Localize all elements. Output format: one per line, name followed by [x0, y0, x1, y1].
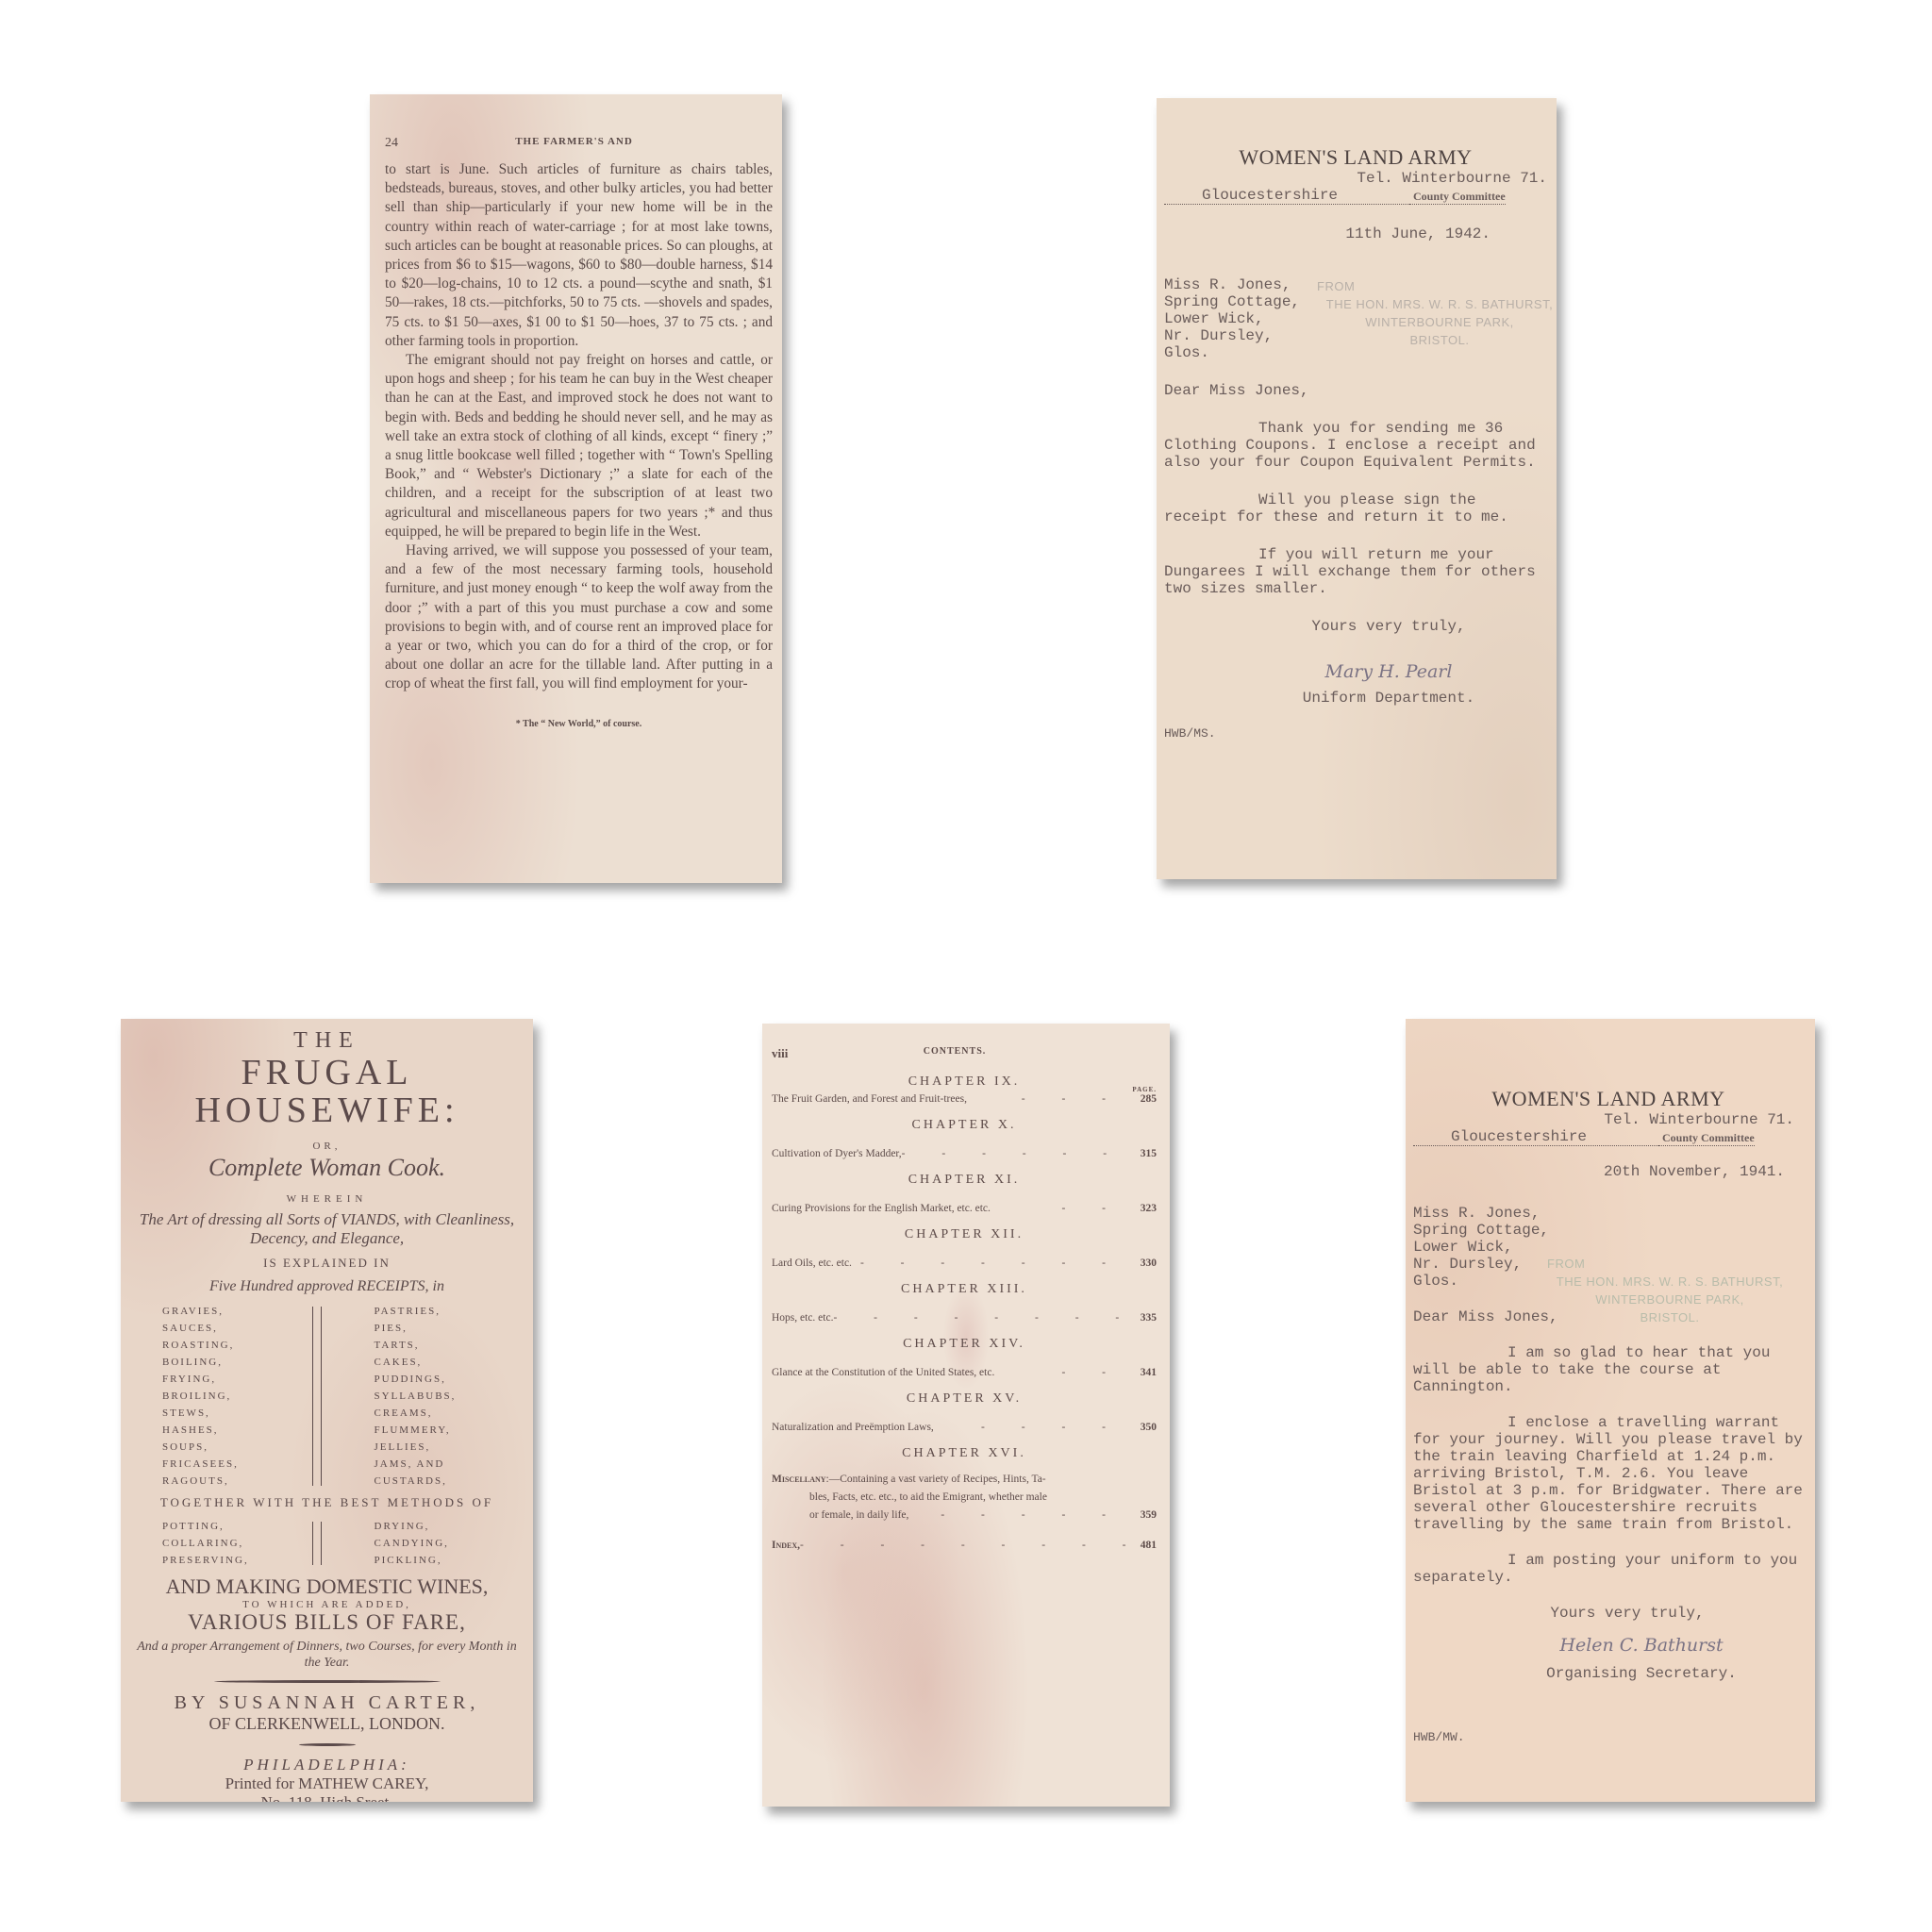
leader-dots: - - — [994, 1367, 1128, 1378]
frugal-housewife-title-page: THE FRUGAL HOUSEWIFE: OR, Complete Woman… — [121, 1019, 533, 1802]
method-item: POTTING, — [162, 1518, 293, 1535]
contents-entry: Lard Oils, etc. etc.- - - - - - -330 — [772, 1257, 1157, 1269]
paragraph: I am posting your uniform to you separat… — [1413, 1552, 1804, 1586]
chapter-list: CHAPTER IX.PAGE.The Fruit Garden, and Fo… — [772, 1074, 1157, 1433]
recipe-item: BOILING, — [162, 1354, 293, 1371]
leader-dots: - - - - - - - — [852, 1257, 1128, 1269]
page-number: 24 — [385, 136, 413, 151]
recipe-item: BROILING, — [162, 1388, 293, 1405]
signatory-title: Uniform Department. — [1164, 690, 1547, 707]
double-rule — [312, 1522, 322, 1565]
title-or: OR, — [121, 1141, 533, 1152]
letterhead-title: WOMEN'S LAND ARMY — [1164, 145, 1547, 170]
bills-of-fare: VARIOUS BILLS OF FARE, — [121, 1610, 533, 1635]
paragraph: Thank you for sending me 36 Clothing Cou… — [1164, 420, 1547, 471]
sender-stamp: FROM THE HON. MRS. W. R. S. BATHURST, WI… — [1317, 277, 1557, 349]
recipe-item: HASHES, — [162, 1422, 293, 1439]
page-number: viii — [772, 1046, 809, 1061]
county-line: Gloucestershire County Committee — [1164, 187, 1547, 205]
index-label: Index, — [772, 1540, 800, 1551]
leader-dots: - - - - - - - - — [833, 1312, 1128, 1324]
author: BY SUSANNAH CARTER, — [121, 1692, 533, 1714]
recipe-item: JAMS, AND — [375, 1456, 506, 1473]
letter-date: 20th November, 1941. — [1413, 1163, 1804, 1180]
entry-title: Glance at the Constitution of the United… — [772, 1367, 994, 1378]
telephone: Tel. Winterbourne 71. — [1413, 1111, 1804, 1128]
paragraph: Will you please sign the receipt for the… — [1164, 491, 1547, 525]
county-label: County Committee — [1658, 1131, 1755, 1146]
recipe-item: FLUMMERY, — [375, 1422, 506, 1439]
recipe-columns: GRAVIES,SAUCES,ROASTING,BOILING,FRYING,B… — [162, 1303, 505, 1490]
miscellany-entry: Miscellany:—Containing a vast variety of… — [772, 1471, 1157, 1524]
method-item: PRESERVING, — [162, 1552, 293, 1569]
land-army-letter-1941: WOMEN'S LAND ARMY Tel. Winterbourne 71. … — [1406, 1019, 1815, 1802]
contents-entry: Curing Provisions for the English Market… — [772, 1203, 1157, 1214]
method-list-right: DRYING,CANDYING,PICKLING, — [341, 1518, 506, 1569]
recipe-item: CREAMS, — [375, 1405, 506, 1422]
reference: HWB/MS. — [1164, 725, 1547, 742]
miscellany-text: :—Containing a vast variety of Recipes, … — [826, 1474, 1046, 1485]
stamp-line: FROM — [1547, 1255, 1792, 1273]
recipe-item: PUDDINGS, — [375, 1371, 506, 1388]
method-item: CANDYING, — [375, 1535, 506, 1552]
stamp-line: FROM — [1317, 277, 1557, 295]
recipe-item: GRAVIES, — [162, 1303, 293, 1320]
signatory-title: Organising Secretary. — [1413, 1665, 1804, 1682]
chapter-heading: CHAPTER XII. — [772, 1227, 1157, 1242]
book-subtitle: Complete Woman Cook. — [121, 1154, 533, 1182]
leader-dots: - - - - — [934, 1422, 1128, 1433]
recipe-item: SYLLABUBS, — [375, 1388, 506, 1405]
recipe-item: FRICASEES, — [162, 1456, 293, 1473]
county-label: County Committee — [1409, 190, 1506, 205]
telephone: Tel. Winterbourne 71. — [1164, 170, 1547, 187]
chapter-heading: CHAPTER XVI. — [772, 1446, 1157, 1461]
leader-dots: - - - - - — [908, 1507, 1128, 1524]
salutation: Dear Miss Jones, — [1164, 382, 1547, 399]
title-the: THE — [121, 1028, 533, 1054]
stamp-line: THE HON. MRS. W. R. S. BATHURST, — [1317, 295, 1557, 313]
running-header: 24 THE FARMER'S AND — [385, 136, 773, 151]
method-item: PICKLING, — [375, 1552, 506, 1569]
chapter-heading: CHAPTER XI. — [772, 1173, 1157, 1188]
running-head: CONTENTS. — [809, 1046, 1157, 1061]
paragraph: The emigrant should not pay freight on h… — [385, 351, 773, 541]
stamp-line: BRISTOL. — [1547, 1308, 1792, 1326]
chapter-heading: CHAPTER XIV. — [772, 1337, 1157, 1352]
leader-dots: - - - — [967, 1093, 1128, 1105]
explained-in: IS EXPLAINED IN — [121, 1256, 533, 1271]
entry-title: The Fruit Garden, and Forest and Fruit-t… — [772, 1093, 967, 1105]
paragraph: If you will return me your Dungarees I w… — [1164, 546, 1547, 597]
page-ref: 330 — [1128, 1257, 1157, 1269]
recipe-item: RAGOUTS, — [162, 1473, 293, 1490]
index-entry: Index, - - - - - - - - - - 481 — [772, 1540, 1157, 1551]
chapter-heading: CHAPTER X. — [772, 1118, 1157, 1133]
contents-entry: Cultivation of Dyer's Madder,- - - - - -… — [772, 1148, 1157, 1159]
method-columns: POTTING,COLLARING,PRESERVING, DRYING,CAN… — [162, 1518, 505, 1569]
recipe-item: FRYING, — [162, 1371, 293, 1388]
closing: Yours very truly, — [1413, 1605, 1804, 1622]
arrangement: And a proper Arrangement of Dinners, two… — [121, 1639, 533, 1671]
running-header: viii CONTENTS. — [772, 1046, 1157, 1061]
stamp-line: WINTERBOURNE PARK, — [1547, 1291, 1792, 1308]
contents-entry: Glance at the Constitution of the United… — [772, 1367, 1157, 1378]
recipe-item: ROASTING, — [162, 1337, 293, 1354]
printer-address: No. 118, High Sreet. — [121, 1793, 533, 1802]
signature: Mary H. Pearl — [1164, 661, 1547, 682]
page-ref: 481 — [1128, 1540, 1157, 1551]
recipe-item: SAUCES, — [162, 1320, 293, 1337]
contents-entry: Naturalization and Preëmption Laws,- - -… — [772, 1422, 1157, 1433]
leader-dots: - - — [991, 1203, 1128, 1214]
page-ref: 315 — [1128, 1148, 1157, 1159]
footnote: * The “ New World,” of course. — [385, 719, 773, 729]
double-rule — [312, 1307, 322, 1486]
address-line: Spring Cottage, — [1413, 1222, 1804, 1239]
page-ref: 323 — [1128, 1203, 1157, 1214]
miscellany-text: bles, Facts, etc. etc., to aid the Emigr… — [772, 1489, 1157, 1507]
ornamental-rule — [299, 1743, 356, 1746]
entry-title: Lard Oils, etc. etc. — [772, 1257, 852, 1269]
recipe-item: SOUPS, — [162, 1439, 293, 1456]
recipe-list-right: PASTRIES,PIES,TARTS,CAKES,PUDDINGS,SYLLA… — [341, 1303, 506, 1490]
chapter-heading: CHAPTER XV. — [772, 1391, 1157, 1407]
recipe-item: CUSTARDS, — [375, 1473, 506, 1490]
recipe-item: TARTS, — [375, 1337, 506, 1354]
county-line: Gloucestershire County Committee — [1413, 1128, 1804, 1146]
paragraph: I enclose a travelling warrant for your … — [1413, 1414, 1804, 1533]
entry-title: Cultivation of Dyer's Madder, — [772, 1148, 902, 1159]
recipe-item: CAKES, — [375, 1354, 506, 1371]
address-line: Lower Wick, — [1413, 1239, 1804, 1256]
recipe-item: JELLIES, — [375, 1439, 506, 1456]
entry-title: Curing Provisions for the English Market… — [772, 1203, 991, 1214]
county-name: Gloucestershire — [1413, 1128, 1658, 1146]
art-description: The Art of dressing all Sorts of VIANDS,… — [121, 1210, 533, 1248]
wherein: WHEREIN — [121, 1193, 533, 1205]
page-ref: 359 — [1128, 1507, 1157, 1524]
entry-title: Hops, etc. etc. — [772, 1312, 833, 1324]
stamp-line: THE HON. MRS. W. R. S. BATHURST, — [1547, 1273, 1792, 1291]
paragraph: to start is June. Such articles of furni… — [385, 160, 773, 351]
together-with: TOGETHER WITH THE BEST METHODS OF — [121, 1495, 533, 1510]
contents-entry: Hops, etc. etc.- - - - - - - -335 — [772, 1312, 1157, 1324]
closing: Yours very truly, — [1164, 618, 1547, 635]
letterhead-title: WOMEN'S LAND ARMY — [1413, 1087, 1804, 1111]
land-army-letter-1942: WOMEN'S LAND ARMY Tel. Winterbourne 71. … — [1157, 98, 1557, 879]
farmers-book-page: 24 THE FARMER'S AND to start is June. Su… — [370, 94, 782, 883]
miscellany-text: or female, in daily life, — [809, 1507, 908, 1524]
domestic-wines: AND MAKING DOMESTIC WINES, — [121, 1574, 533, 1599]
recipe-item: PIES, — [375, 1320, 506, 1337]
stamp-line: BRISTOL. — [1317, 331, 1557, 349]
city: PHILADELPHIA: — [121, 1756, 533, 1774]
printer: Printed for MATHEW CAREY, — [121, 1774, 533, 1793]
leader-dots: - - - - - - - - - - — [800, 1540, 1128, 1551]
recipe-item: STEWS, — [162, 1405, 293, 1422]
recipe-list-left: GRAVIES,SAUCES,ROASTING,BOILING,FRYING,B… — [162, 1303, 293, 1490]
ornamental-rule — [214, 1680, 441, 1683]
author-place: OF CLERKENWELL, LONDON. — [121, 1714, 533, 1734]
page-ref: 350 — [1128, 1422, 1157, 1433]
added: TO WHICH ARE ADDED, — [121, 1599, 533, 1610]
method-list-left: POTTING,COLLARING,PRESERVING, — [162, 1518, 293, 1569]
page-ref: 335 — [1128, 1312, 1157, 1324]
paragraph: Having arrived, we will suppose you poss… — [385, 541, 773, 694]
entry-title: Naturalization and Preëmption Laws, — [772, 1422, 934, 1433]
contents-entry: The Fruit Garden, and Forest and Fruit-t… — [772, 1093, 1157, 1105]
page-ref: 341 — [1128, 1367, 1157, 1378]
sender-stamp: FROM THE HON. MRS. W. R. S. BATHURST, WI… — [1547, 1255, 1792, 1326]
county-name: Gloucestershire — [1164, 187, 1409, 205]
miscellany-label: Miscellany — [772, 1474, 826, 1485]
chapter-heading: CHAPTER XIII. — [772, 1282, 1157, 1297]
receipts-line: Five Hundred approved RECEIPTS, in — [121, 1278, 533, 1295]
contents-page: viii CONTENTS. CHAPTER IX.PAGE.The Fruit… — [762, 1024, 1170, 1807]
book-title: FRUGAL HOUSEWIFE: — [121, 1054, 533, 1129]
page-ref: 285 — [1128, 1093, 1157, 1105]
method-item: COLLARING, — [162, 1535, 293, 1552]
address-line: Miss R. Jones, — [1413, 1205, 1804, 1222]
running-head: THE FARMER'S AND — [413, 136, 773, 151]
recipe-item: PASTRIES, — [375, 1303, 506, 1320]
paragraph: I am so glad to hear that you will be ab… — [1413, 1344, 1804, 1395]
letter-date: 11th June, 1942. — [1164, 225, 1547, 242]
reference: HWB/MW. — [1413, 1729, 1804, 1746]
signature: Helen C. Bathurst — [1413, 1635, 1804, 1656]
page-body: to start is June. Such articles of furni… — [385, 160, 773, 694]
method-item: DRYING, — [375, 1518, 506, 1535]
leader-dots: - - - - - - — [902, 1148, 1128, 1159]
stamp-line: WINTERBOURNE PARK, — [1317, 313, 1557, 331]
